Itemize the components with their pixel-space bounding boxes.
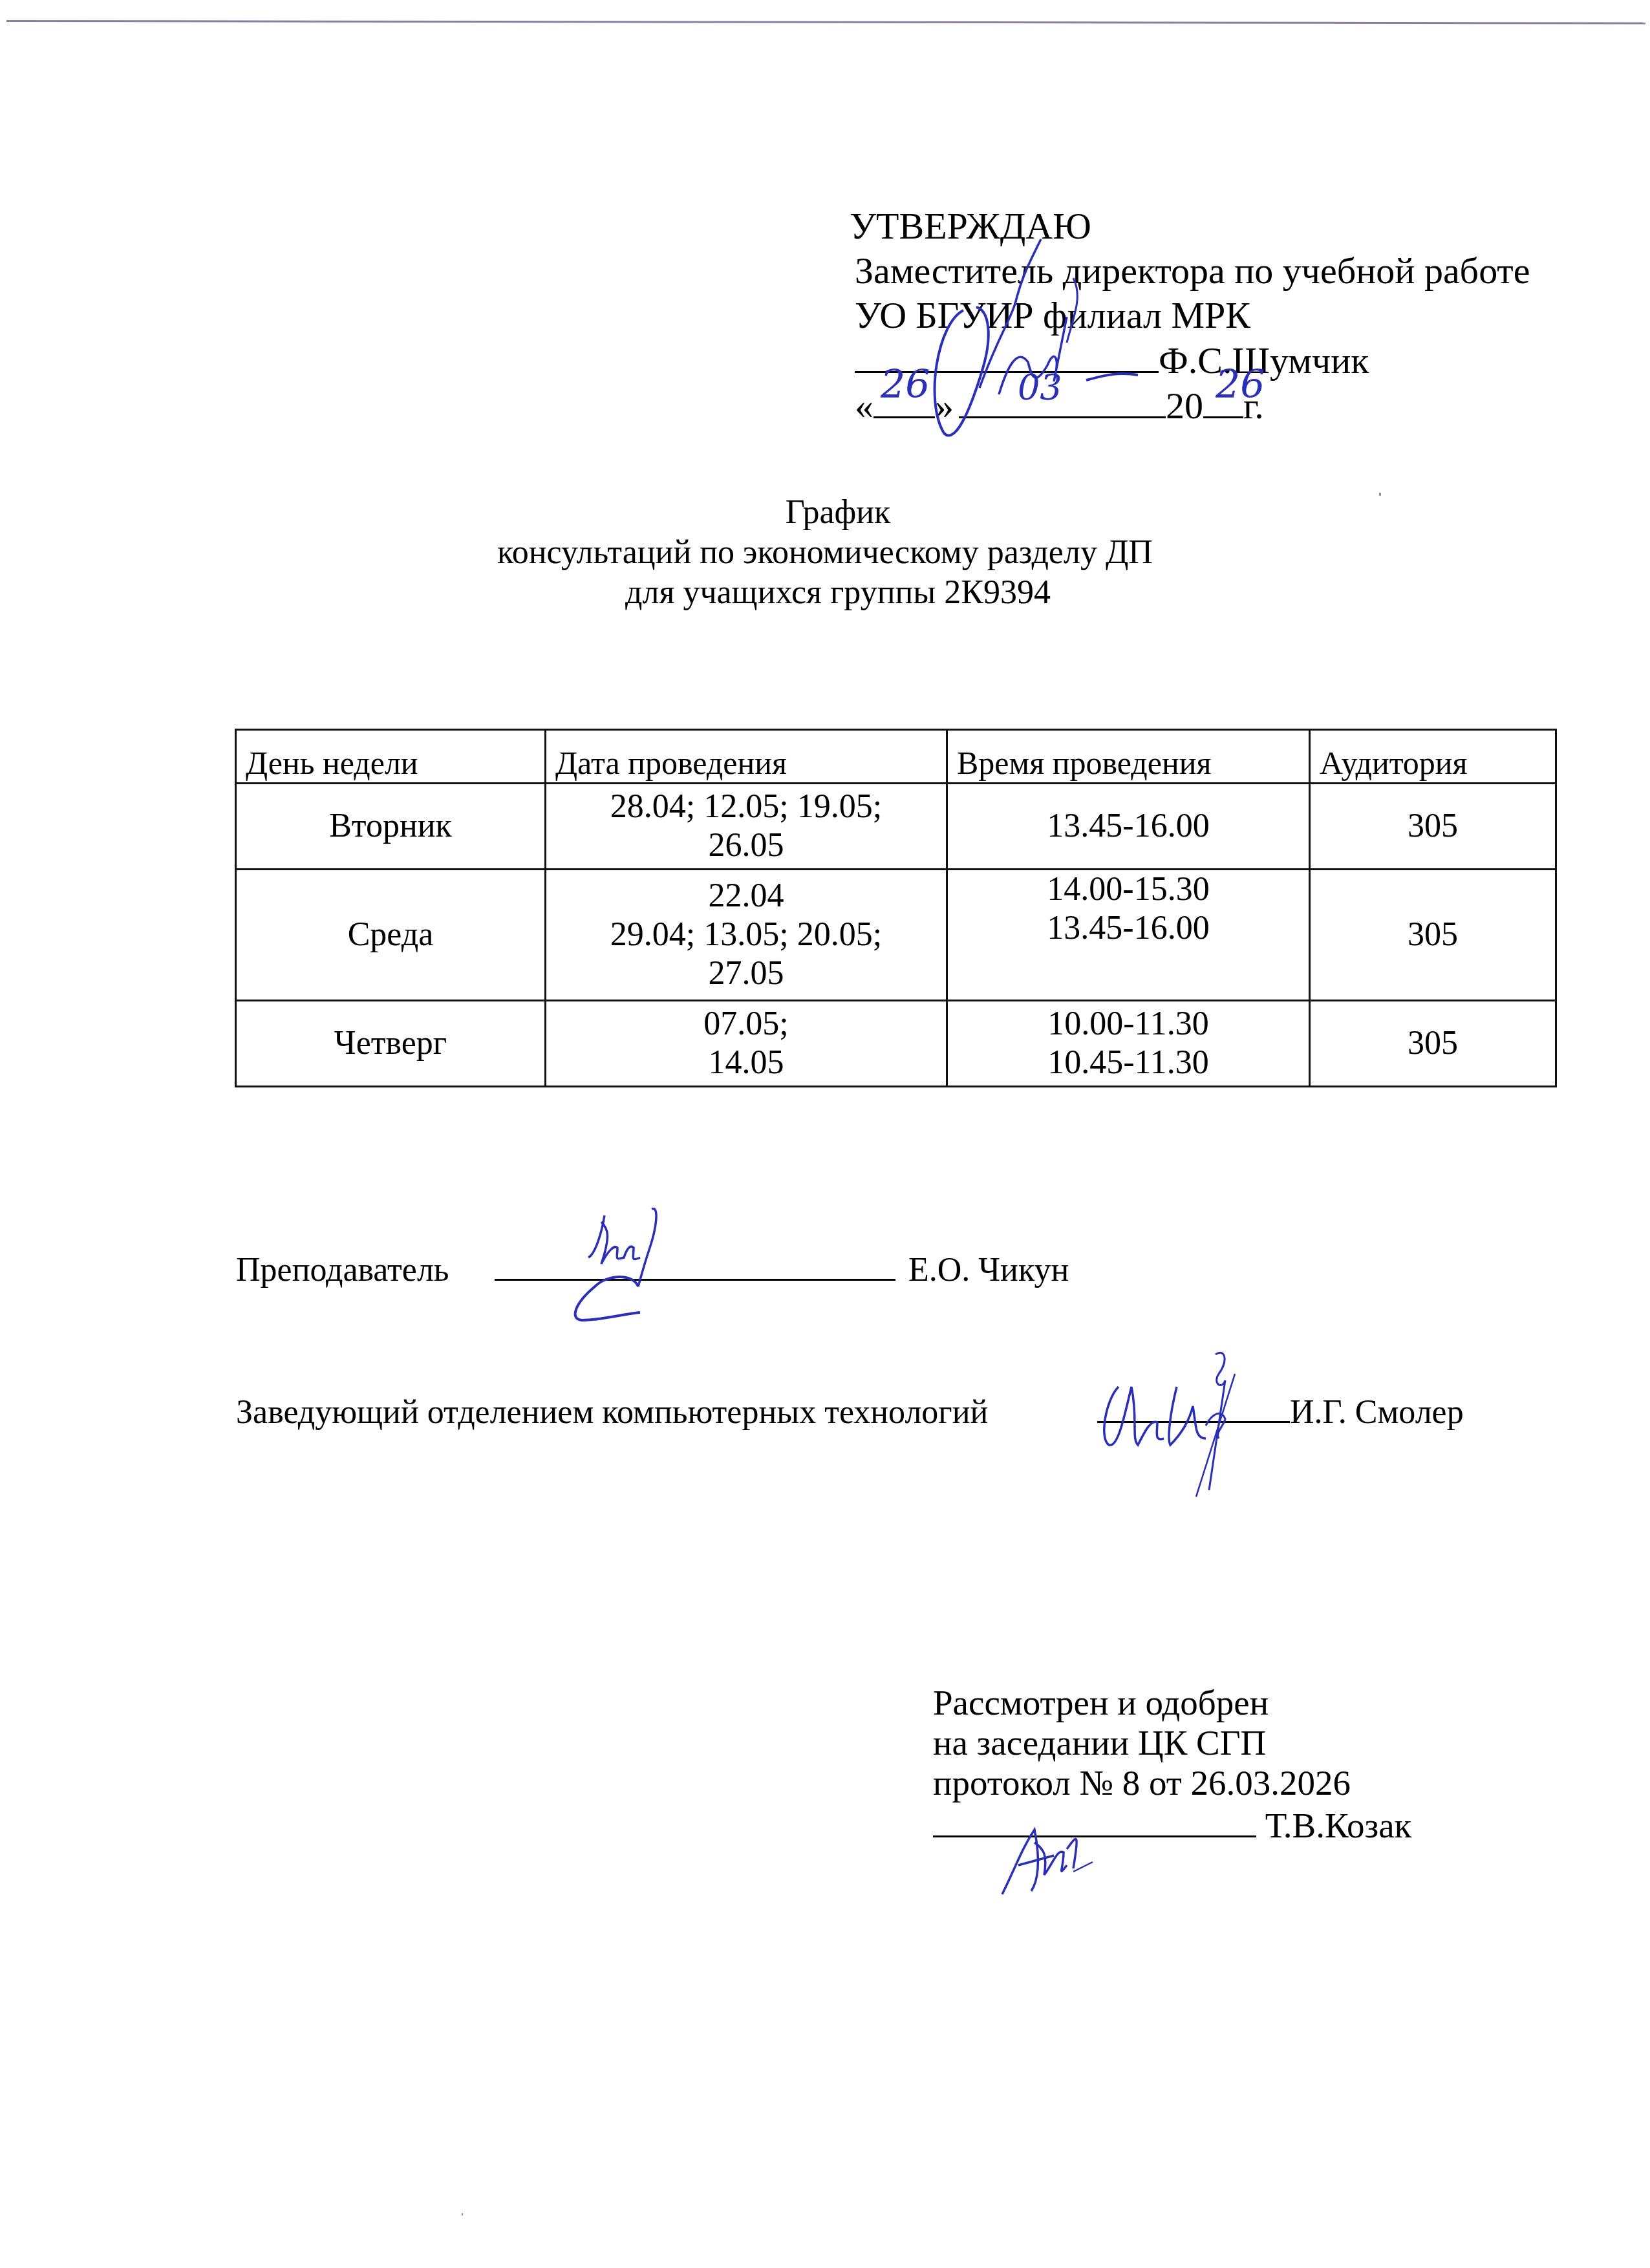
head-role: Заведующий отделением компьютерных техно… <box>236 1393 988 1432</box>
head-signature-icon <box>1093 1348 1300 1497</box>
time-line: 10.45-11.30 <box>948 1043 1309 1082</box>
head-name: И.Г. Смолер <box>1290 1393 1464 1432</box>
document-title: График консультаций по экономическому ра… <box>0 493 1650 613</box>
scan-speck <box>1379 493 1381 496</box>
cell-dates: 22.04 29.04; 13.05; 20.05; 27.05 <box>546 870 947 1001</box>
title-line-2: консультаций по экономическому разделу Д… <box>0 533 1650 573</box>
review-signature-icon <box>983 1804 1112 1901</box>
header-room: Аудитория <box>1310 730 1556 784</box>
date-line: 07.05; <box>546 1005 946 1043</box>
table-row: Среда 22.04 29.04; 13.05; 20.05; 27.05 1… <box>236 870 1556 1001</box>
scan-page-edge <box>6 20 1645 25</box>
date-line: 14.05 <box>546 1043 946 1082</box>
handwritten-year: 26 <box>1216 362 1265 407</box>
header-day: День недели <box>236 730 546 784</box>
cell-day: Вторник <box>236 784 546 870</box>
teacher-signature-icon <box>537 1209 731 1332</box>
date-line: 28.04; 12.05; 19.05; <box>546 787 946 826</box>
cell-room: 305 <box>1310 870 1556 1001</box>
header-date: Дата проведения <box>546 730 947 784</box>
review-line-1: Рассмотрен и одобрен <box>933 1683 1411 1723</box>
teacher-role: Преподаватель <box>236 1251 449 1290</box>
cell-room: 305 <box>1310 1001 1556 1087</box>
time-line: 13.45-16.00 <box>948 807 1309 846</box>
time-line: 10.00-11.30 <box>948 1005 1309 1043</box>
consultation-schedule-table: День недели Дата проведения Время провед… <box>235 729 1557 1087</box>
cell-dates: 07.05; 14.05 <box>546 1001 947 1087</box>
cell-day: Среда <box>236 870 546 1001</box>
cell-times: 10.00-11.30 10.45-11.30 <box>947 1001 1310 1087</box>
review-line-2: на заседании ЦК СГП <box>933 1723 1411 1763</box>
time-line: 13.45-16.00 <box>948 909 1309 948</box>
cell-times: 13.45-16.00 <box>947 784 1310 870</box>
cell-dates: 28.04; 12.05; 19.05; 26.05 <box>546 784 947 870</box>
table-header-row: День недели Дата проведения Время провед… <box>236 730 1556 784</box>
review-name: Т.В.Козак <box>1265 1806 1412 1845</box>
cell-day: Четверг <box>236 1001 546 1087</box>
header-time: Время проведения <box>947 730 1310 784</box>
title-line-1: График <box>26 493 1650 533</box>
title-line-3: для учащихся группы 2К9394 <box>26 573 1650 613</box>
teacher-name: Е.О. Чикун <box>908 1251 1069 1290</box>
date-line: 22.04 <box>546 877 946 915</box>
time-line: 14.00-15.30 <box>948 870 1309 909</box>
cell-room: 305 <box>1310 784 1556 870</box>
scan-speck <box>462 2213 463 2216</box>
cell-times: 14.00-15.30 13.45-16.00 <box>947 870 1310 1001</box>
director-signature-icon <box>860 239 1196 453</box>
table-row: Четверг 07.05; 14.05 10.00-11.30 10.45-1… <box>236 1001 1556 1087</box>
review-protocol: протокол № 8 от 26.03.2026 <box>933 1763 1411 1803</box>
date-line: 26.05 <box>546 826 946 865</box>
date-line: 29.04; 13.05; 20.05; <box>546 915 946 954</box>
table-row: Вторник 28.04; 12.05; 19.05; 26.05 13.45… <box>236 784 1556 870</box>
date-line: 27.05 <box>546 954 946 993</box>
